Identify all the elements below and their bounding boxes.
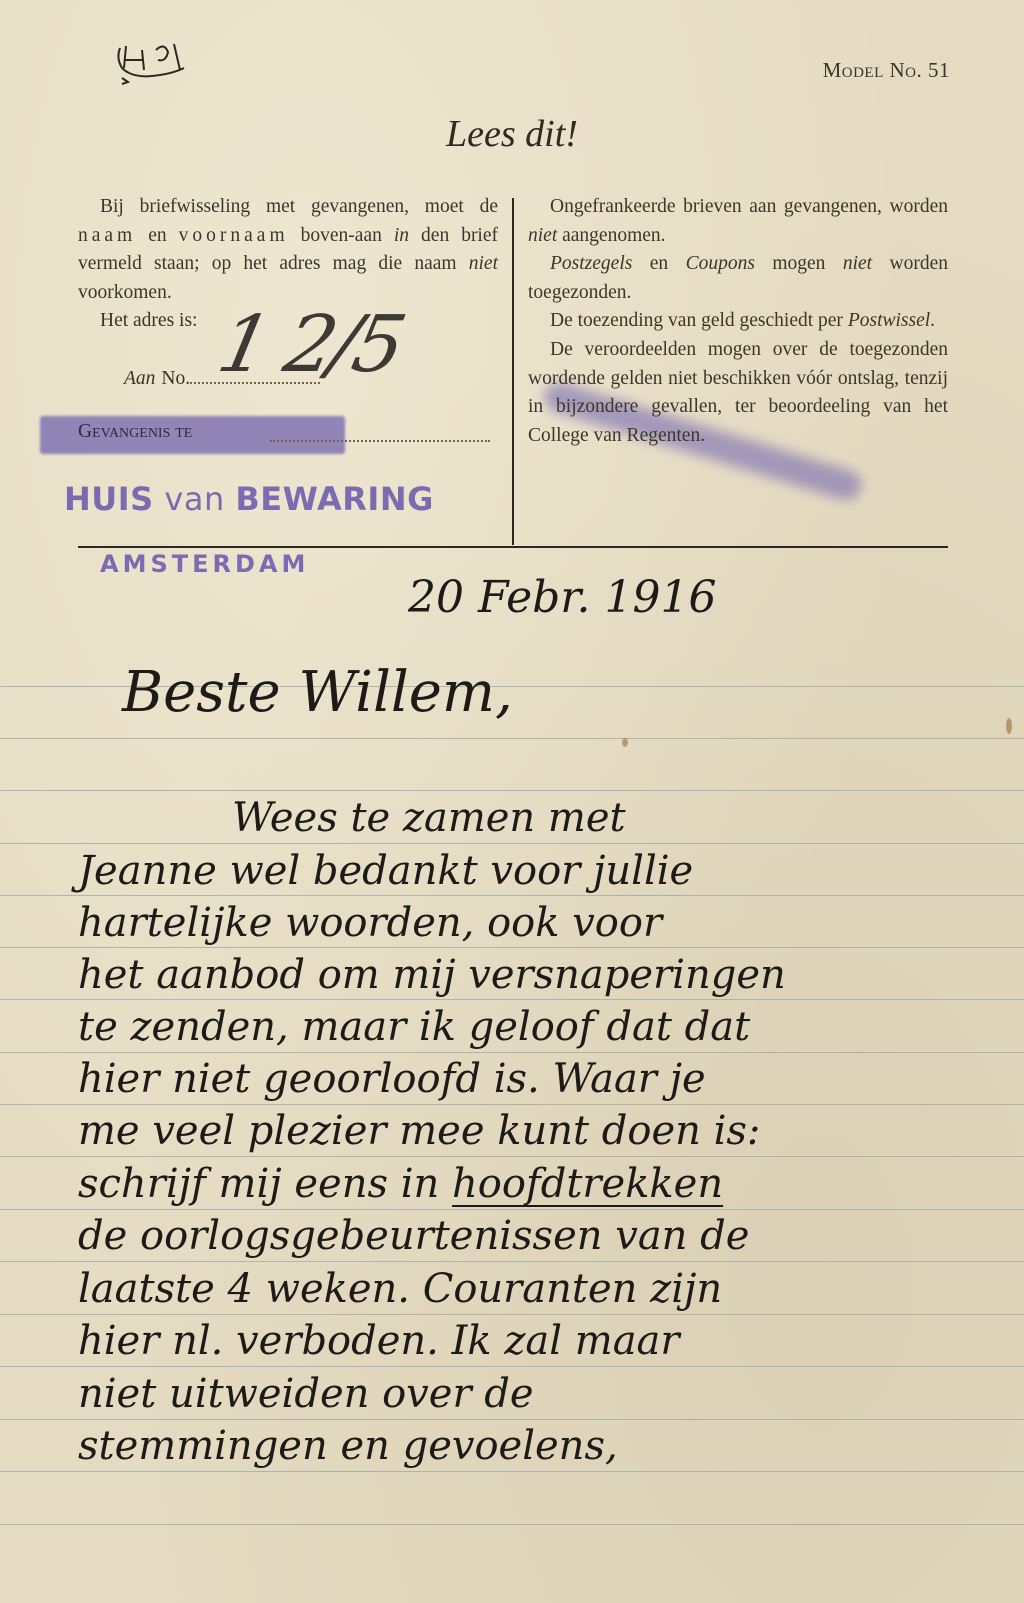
ruled-line [0, 1524, 1024, 1525]
instructions-paragraph: De toezending van geld geschiedt per Pos… [528, 307, 948, 336]
prison-dotted-line [270, 440, 490, 442]
address-label: Het adres is: [100, 310, 197, 332]
ruled-line [0, 1366, 1024, 1367]
ruled-line [0, 1314, 1024, 1315]
form-title: Lees dit! [0, 112, 1024, 156]
ruled-line [0, 895, 1024, 896]
ruled-line [0, 1104, 1024, 1105]
sketch-mark-icon [112, 38, 202, 88]
stamp-amsterdam: AMSTERDAM [100, 550, 309, 578]
instructions-paragraph: Postzegels en Coupons mogen niet worden … [528, 250, 948, 307]
underlined-word: hoofdtrekken [452, 1161, 723, 1207]
letter-line: laatste 4 weken. Couranten zijn [78, 1266, 722, 1312]
stain [1006, 718, 1012, 734]
letter-line: Wees te zamen met [232, 795, 626, 841]
stain [622, 738, 628, 747]
instructions-right: Ongefrankeerde brieven aan gevangenen, w… [528, 193, 948, 450]
ruled-line [0, 1209, 1024, 1210]
letter-line: stemmingen en gevoelens, [78, 1423, 618, 1469]
instructions-left: Bij briefwisseling met gevangenen, moet … [78, 193, 498, 307]
ruled-line [0, 947, 1024, 948]
ruled-line [0, 790, 1024, 791]
instructions-paragraph: Ongefrankeerde brieven aan gevangenen, w… [528, 193, 948, 250]
letter-salutation: Beste Willem, [122, 660, 513, 725]
ruled-line [0, 1156, 1024, 1157]
column-divider [512, 198, 514, 545]
letter-line: hier niet geoorloofd is. Waar je [78, 1056, 706, 1102]
ruled-line [0, 738, 1024, 739]
letter-line: me veel plezier mee kunt doen is: [78, 1108, 760, 1154]
ruled-line [0, 1471, 1024, 1472]
letter-line: de oorlogsgebeurtenissen van de [78, 1213, 749, 1259]
letter-line: te zenden, maar ik geloof dat dat [78, 1004, 750, 1050]
letter-date: 20 Febr. 1916 [408, 572, 716, 623]
ruled-line [0, 1052, 1024, 1053]
instructions-paragraph: De veroordeelden mogen over de toegezond… [528, 336, 948, 450]
ruled-line [0, 1419, 1024, 1420]
letter-line: hartelijke woorden, ook voor [78, 900, 662, 946]
letter-line: hier nl. verboden. Ik zal maar [78, 1318, 680, 1364]
letter-line: schrijf mij eens in hoofdtrekken [78, 1161, 723, 1207]
stamp-huis-van-bewaring: HUIS van BEWARING [64, 480, 434, 518]
form-divider [78, 546, 948, 548]
prison-label: Gevangenis te [78, 421, 192, 443]
instructions-paragraph: Bij briefwisseling met gevangenen, moet … [78, 193, 498, 307]
letter-line: Jeanne wel bedankt voor jullie [78, 848, 693, 894]
ruled-line [0, 1261, 1024, 1262]
ruled-line [0, 843, 1024, 844]
letter-line: niet uitweiden over de [78, 1371, 534, 1417]
ruled-line [0, 999, 1024, 1000]
handwritten-inmate-number: 1 2/5 [210, 300, 409, 390]
letter-line: het aanbod om mij versnaperingen [78, 952, 786, 998]
model-number: Model No. 51 [823, 58, 950, 83]
